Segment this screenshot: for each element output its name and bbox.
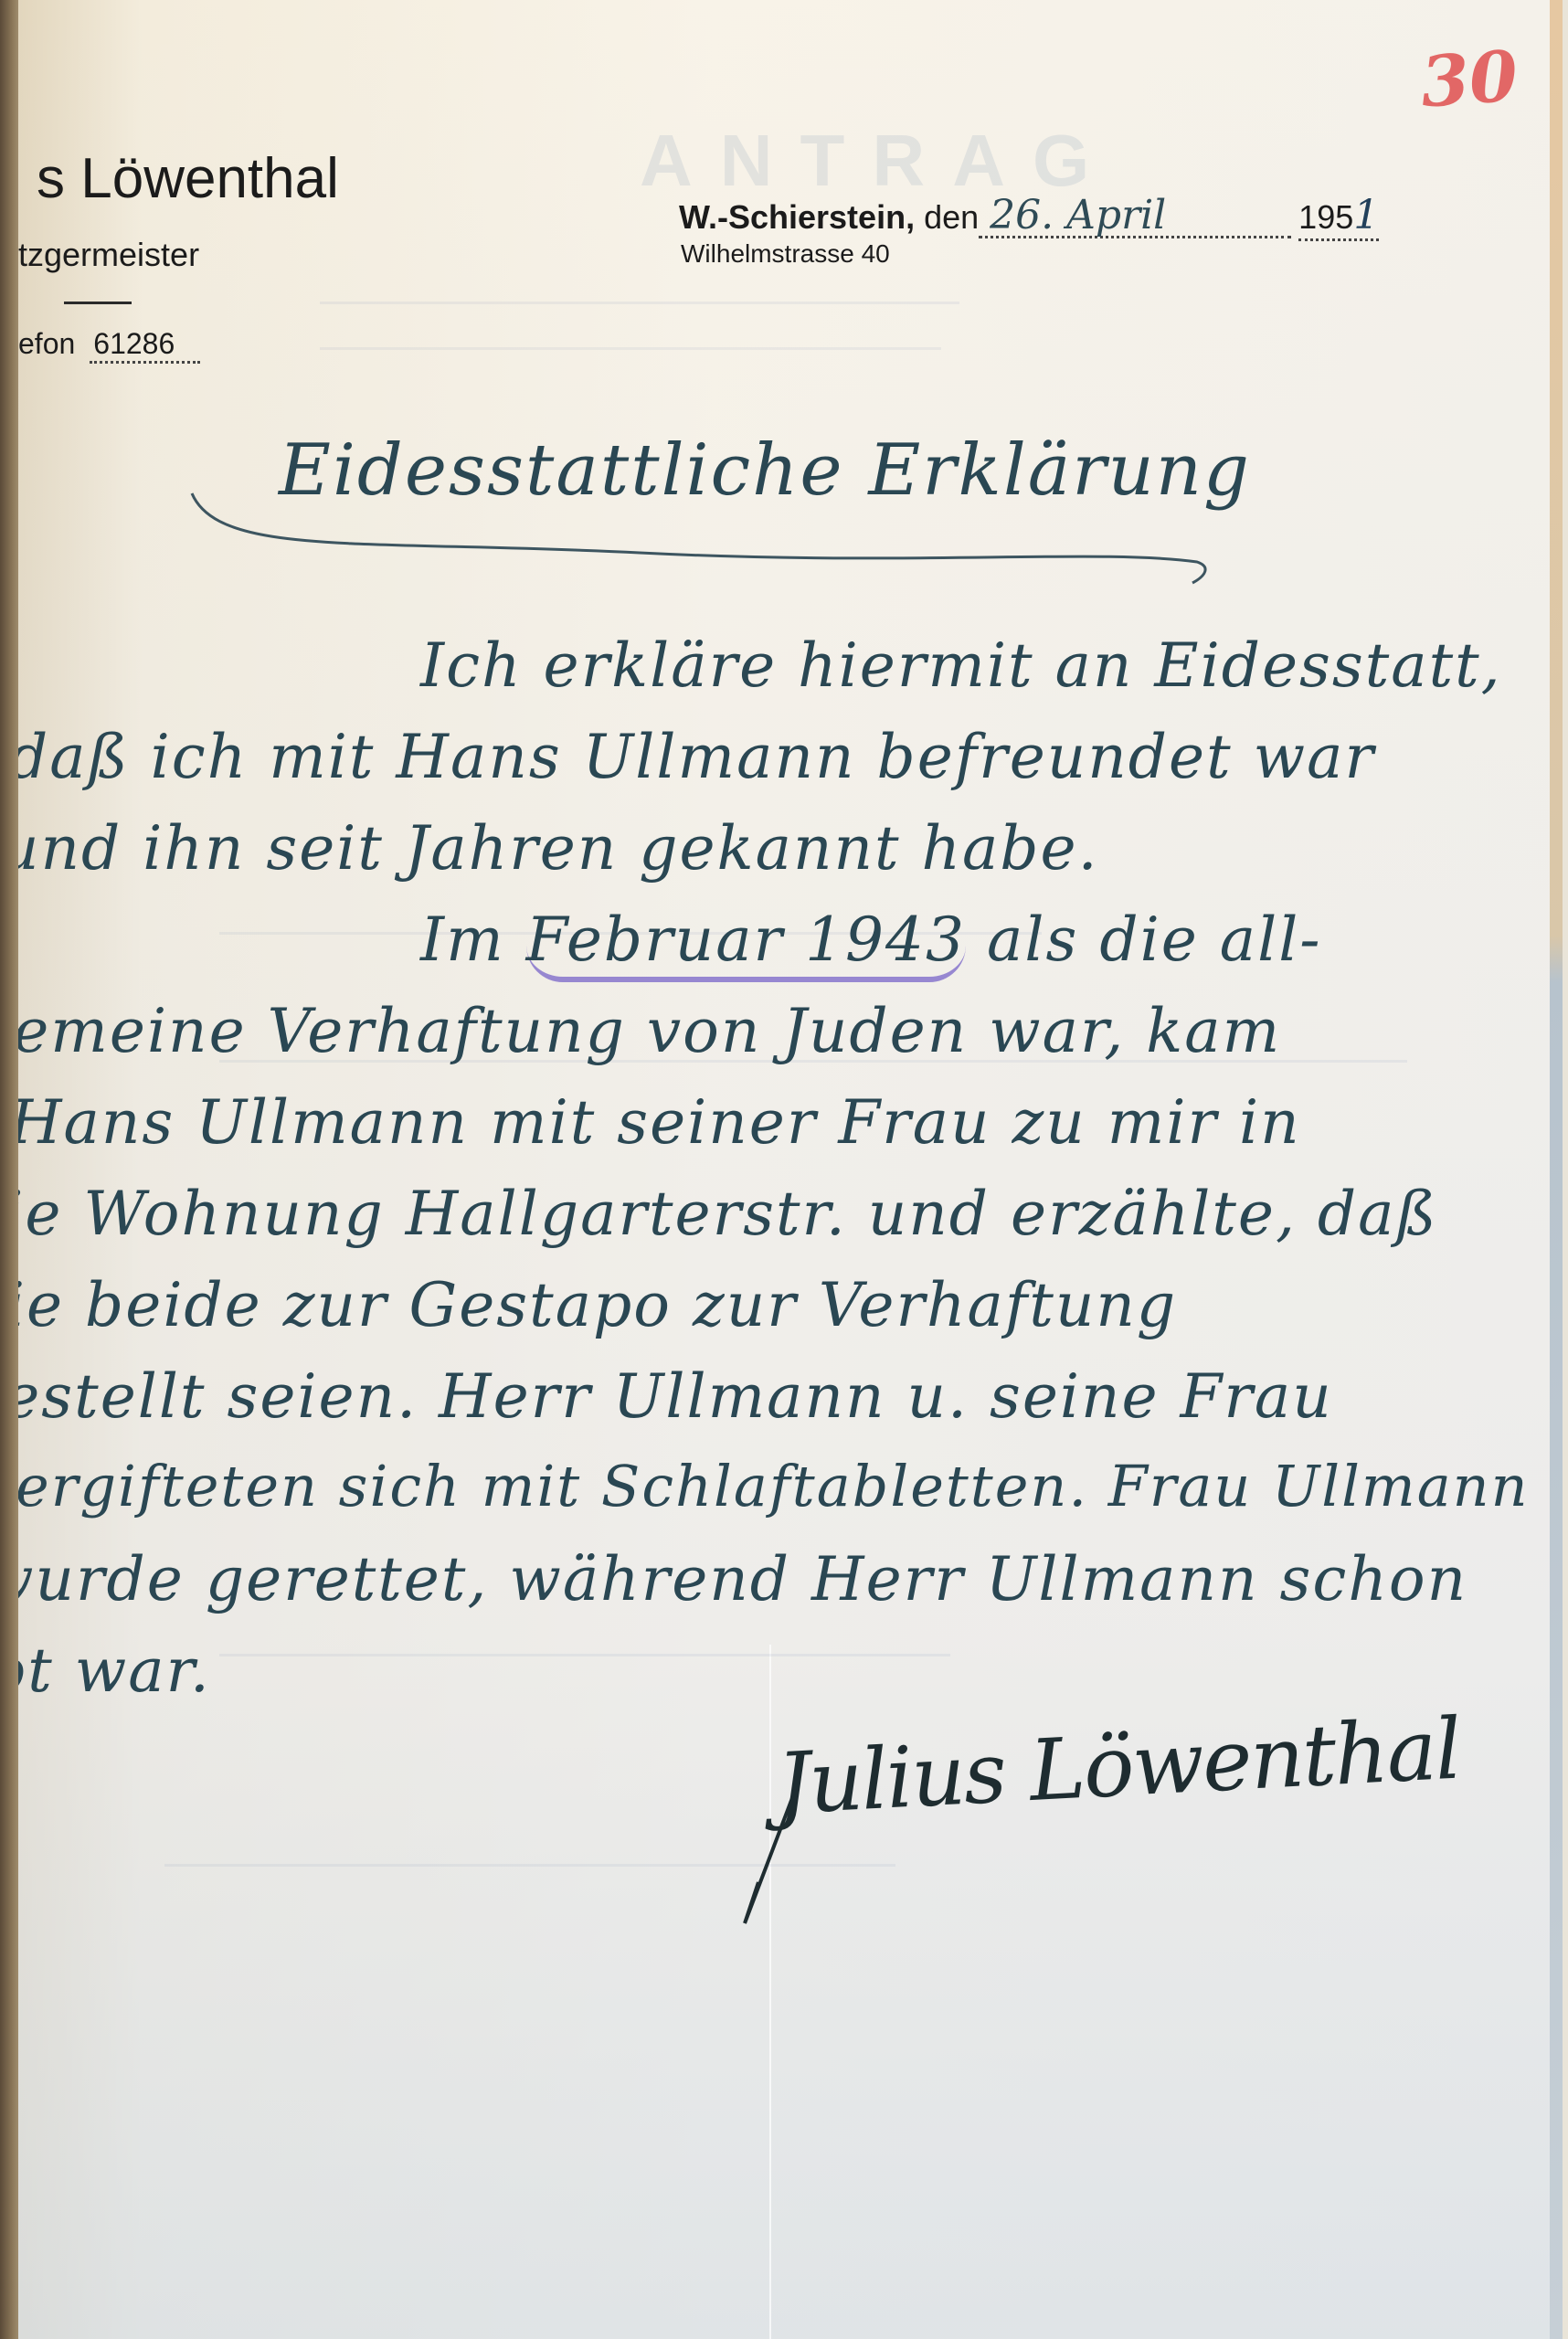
place-name: W.-Schierstein, [679, 198, 915, 236]
page-right-edge [1550, 0, 1563, 2339]
paper-fold-crease [769, 1645, 771, 2339]
body-line: sie beide zur Gestapo zur Verhaftung [18, 1270, 1177, 1340]
letterhead-name: s Löwenthal [37, 146, 339, 211]
year-handwritten: 1 [1353, 192, 1379, 238]
body-line: tot war. [18, 1635, 211, 1706]
phone-number: 61286 [90, 327, 200, 364]
body-line: daß ich mit Hans Ullmann befreundet war [18, 722, 1375, 792]
archive-number: 30 [1418, 35, 1520, 122]
body-text: Im [420, 905, 505, 975]
body-line: die Wohnung Hallgarterstr. und erzählte,… [18, 1179, 1438, 1249]
underlined-date: Februar 1943 [526, 905, 966, 982]
body-line: Ich erkläre hiermit an Eidesstatt, [420, 630, 1502, 701]
date-handwritten: 26. April [979, 196, 1291, 238]
body-line: Hans Ullmann mit seiner Frau zu mir in [18, 1087, 1301, 1158]
signature: Julius Löwenthal [775, 1699, 1463, 1833]
bleed-through-line [320, 302, 959, 304]
body-line: Im Februar 1943 als die all- [420, 905, 1322, 975]
bleed-through-line [219, 1654, 950, 1656]
letterhead-street: Wilhelmstrasse 40 [681, 239, 890, 269]
letterhead-profession: tzgermeister [18, 236, 199, 274]
heading-underline-swash [183, 475, 1215, 585]
letter-page: ANTRAG 30 s Löwenthal tzgermeister efon6… [18, 0, 1563, 2339]
body-line: und ihn seit Jahren gekannt habe. [18, 813, 1099, 884]
body-line: vergifteten sich mit Schlaftabletten. Fr… [18, 1453, 1530, 1519]
letterhead-place-date: W.-Schierstein, den26. April1951 [679, 192, 1379, 241]
body-text: als die all- [987, 905, 1322, 975]
bleed-through-line [320, 347, 941, 350]
year-printed: 195 [1298, 198, 1353, 236]
phone-label: efon [18, 327, 75, 360]
letterhead-phone: efon61286 [18, 327, 200, 364]
signature-flourish [731, 1791, 822, 1928]
body-line: bestellt seien. Herr Ullmann u. seine Fr… [18, 1361, 1333, 1432]
letterhead-divider [64, 302, 132, 304]
body-line: wurde gerettet, während Herr Ullmann sch… [18, 1544, 1467, 1614]
bleed-through-title: ANTRAG [640, 119, 1117, 203]
date-prefix: den [924, 198, 979, 236]
body-line: gemeine Verhaftung von Juden war, kam [18, 996, 1281, 1066]
